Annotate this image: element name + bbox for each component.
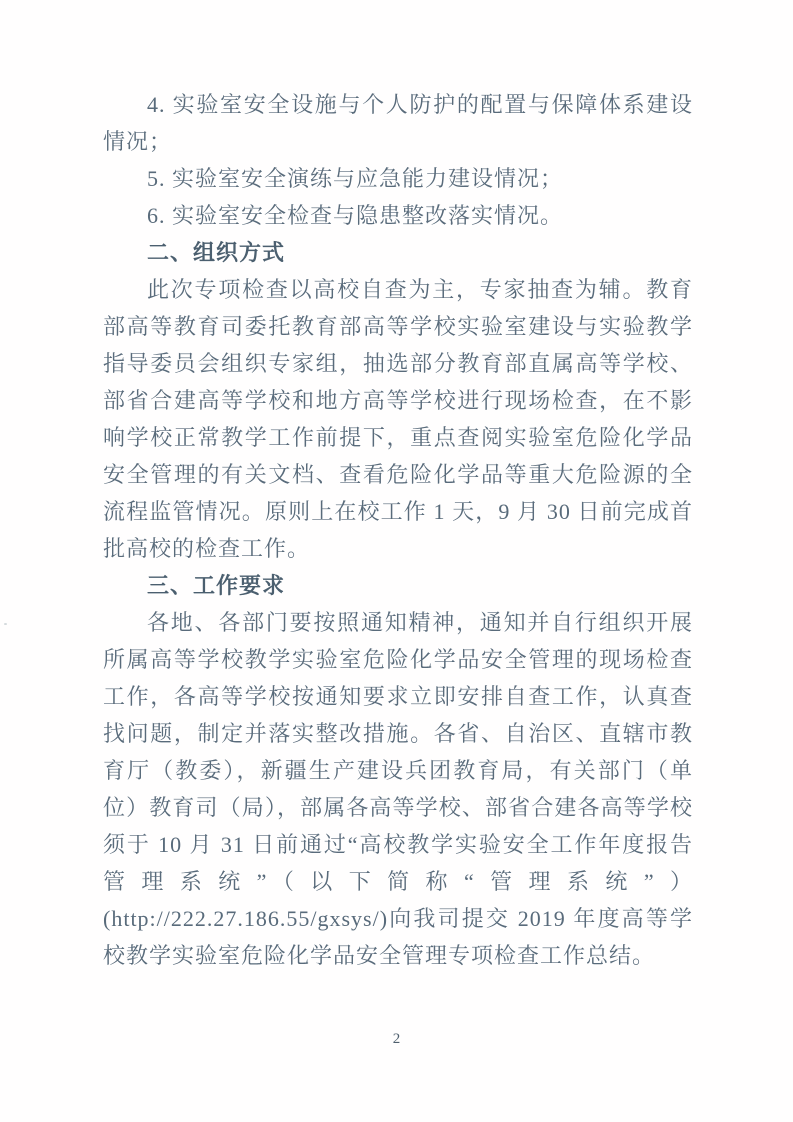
list-item-5: 5. 实验室安全演练与应急能力建设情况； (103, 160, 693, 197)
section-body-requirements: 各地、各部门要按照通知精神，通知并自行组织开展所属高等学校教学实验室危险化学品安… (103, 604, 693, 974)
document-content: 4. 实验室安全设施与个人防护的配置与保障体系建设情况； 5. 实验室安全演练与… (103, 86, 693, 974)
section-heading-organization: 二、组织方式 (103, 234, 693, 271)
list-item-6: 6. 实验室安全检查与隐患整改落实情况。 (103, 197, 693, 234)
page-number: 2 (0, 1029, 793, 1049)
scan-artifact (4, 623, 7, 625)
section-body-organization: 此次专项检查以高校自查为主，专家抽查为辅。教育部高等教育司委托教育部高等学校实验… (103, 271, 693, 567)
list-item-4: 4. 实验室安全设施与个人防护的配置与保障体系建设情况； (103, 86, 693, 160)
document-page: 4. 实验室安全设施与个人防护的配置与保障体系建设情况； 5. 实验室安全演练与… (0, 0, 793, 1122)
section-heading-requirements: 三、工作要求 (103, 567, 693, 604)
